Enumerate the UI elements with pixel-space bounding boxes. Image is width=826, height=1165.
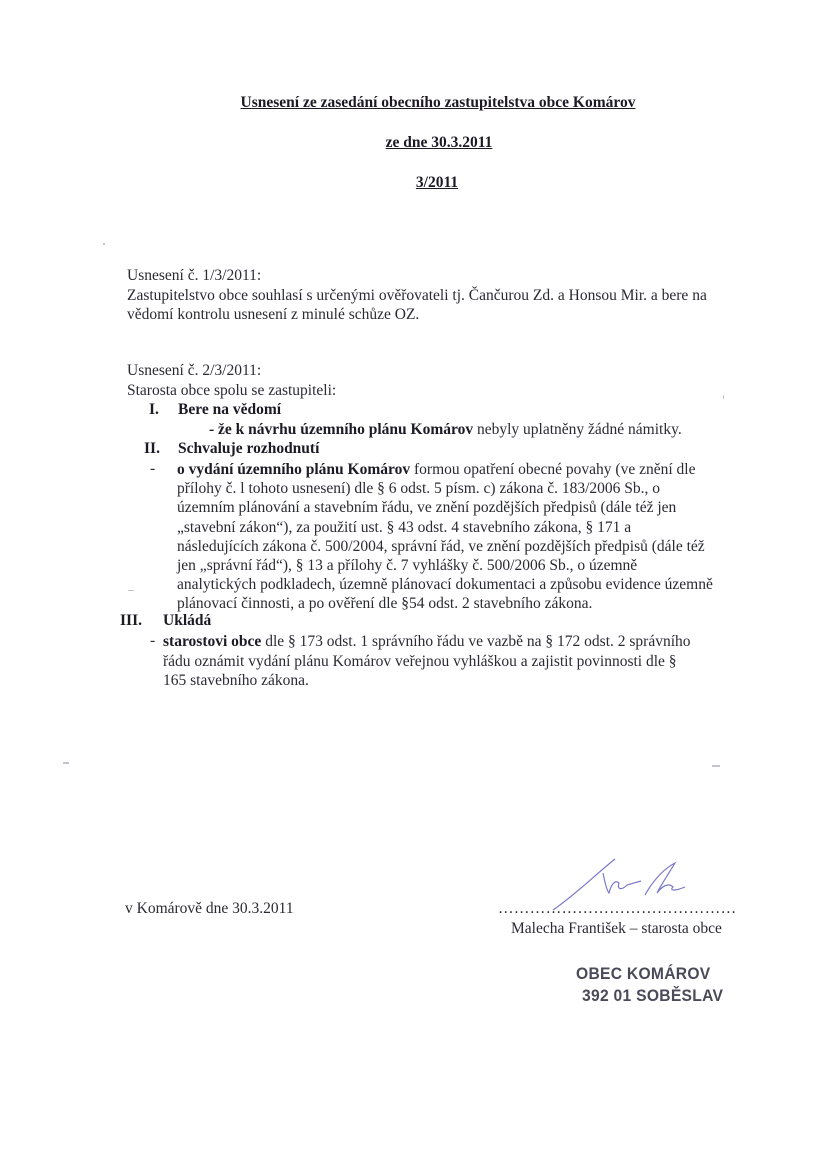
section-ii-line: následujících zákona č. 500/2004, správn… (177, 537, 713, 556)
section-iii-bold-lead: starostovi obce (163, 633, 261, 650)
section-ii-dash: - (150, 460, 155, 478)
section-i-bold-lead: - že k návrhu územního plánu Komárov (209, 421, 473, 438)
section-iii-title: Ukládá (163, 612, 211, 630)
stamp-line-2: 392 01 SOBĚSLAV (582, 986, 723, 1006)
section-i-title: Bere na vědomí (178, 401, 281, 419)
resolution-1-line: vědomí kontrolu usnesení z minulé schůze… (127, 305, 707, 325)
scan-speck (103, 243, 105, 245)
scan-speck (723, 395, 724, 399)
document-number: 3/2011 (24, 174, 826, 192)
section-iii-line: 165 stavebního zákona. (163, 671, 691, 691)
section-iii-numeral: III. (120, 612, 142, 630)
scan-speck (63, 762, 69, 764)
section-iii-line: řádu oznámit vydání plánu Komárov veřejn… (163, 652, 691, 672)
section-i-rest: nebyly uplatněny žádné námitky. (473, 421, 682, 438)
resolution-1-line: Zastupitelstvo obce souhlasí s určenými … (127, 286, 707, 306)
resolution-2-heading: Usnesení č. 2/3/2011: (127, 361, 336, 381)
section-ii-body: o vydání územního plánu Komárov formou o… (177, 460, 713, 614)
document-title: Usnesení ze zasedání obecního zastupitel… (25, 94, 826, 112)
resolution-1: Usnesení č. 1/3/2011: Zastupitelstvo obc… (127, 266, 707, 325)
resolution-1-heading: Usnesení č. 1/3/2011: (127, 266, 707, 286)
section-ii-line: „stavební zákon“), za použití ust. § 43 … (177, 518, 713, 537)
section-ii-line: územním plánování a stavebním řádu, ve z… (177, 498, 713, 517)
scan-speck (128, 590, 134, 591)
section-iii-dash: - (150, 632, 155, 650)
place-and-date: v Komárově dne 30.3.2011 (125, 900, 294, 918)
section-ii-line: jen „správní řád“), § 13 a přílohy č. 7 … (177, 556, 713, 575)
stamp-line-1: OBEC KOMÁROV (576, 964, 711, 984)
signature-line: ……………………………………… (498, 900, 737, 918)
section-ii-first-rest: formou opatření obecné povahy (ve znění … (410, 461, 695, 478)
section-i-text: - že k návrhu územního plánu Komárov neb… (209, 421, 682, 439)
section-iii-first-rest: dle § 173 odst. 1 správního řádu ve vazb… (261, 633, 690, 650)
scan-speck (712, 765, 720, 767)
section-ii-line: analytických podkladech, územně plánovac… (177, 575, 713, 594)
resolution-2-intro: Starosta obce spolu se zastupiteli: (127, 381, 336, 401)
document-date: ze dne 30.3.2011 (26, 134, 826, 152)
section-ii-title: Schvaluje rozhodnutí (178, 440, 319, 458)
signatory-name: Malecha František – starosta obce (511, 920, 722, 938)
section-ii-line: přílohy č. l tohoto usnesení) dle § 6 od… (177, 479, 713, 498)
section-i-numeral: I. (149, 401, 159, 419)
section-iii-body: starostovi obce dle § 173 odst. 1 správn… (163, 632, 691, 691)
resolution-2-heading-block: Usnesení č. 2/3/2011: Starosta obce spol… (127, 361, 336, 400)
section-ii-line: plánovací činnosti, a po ověření dle §54… (177, 594, 713, 613)
section-ii-bold-lead: o vydání územního plánu Komárov (177, 461, 410, 478)
section-ii-numeral: II. (144, 440, 160, 458)
